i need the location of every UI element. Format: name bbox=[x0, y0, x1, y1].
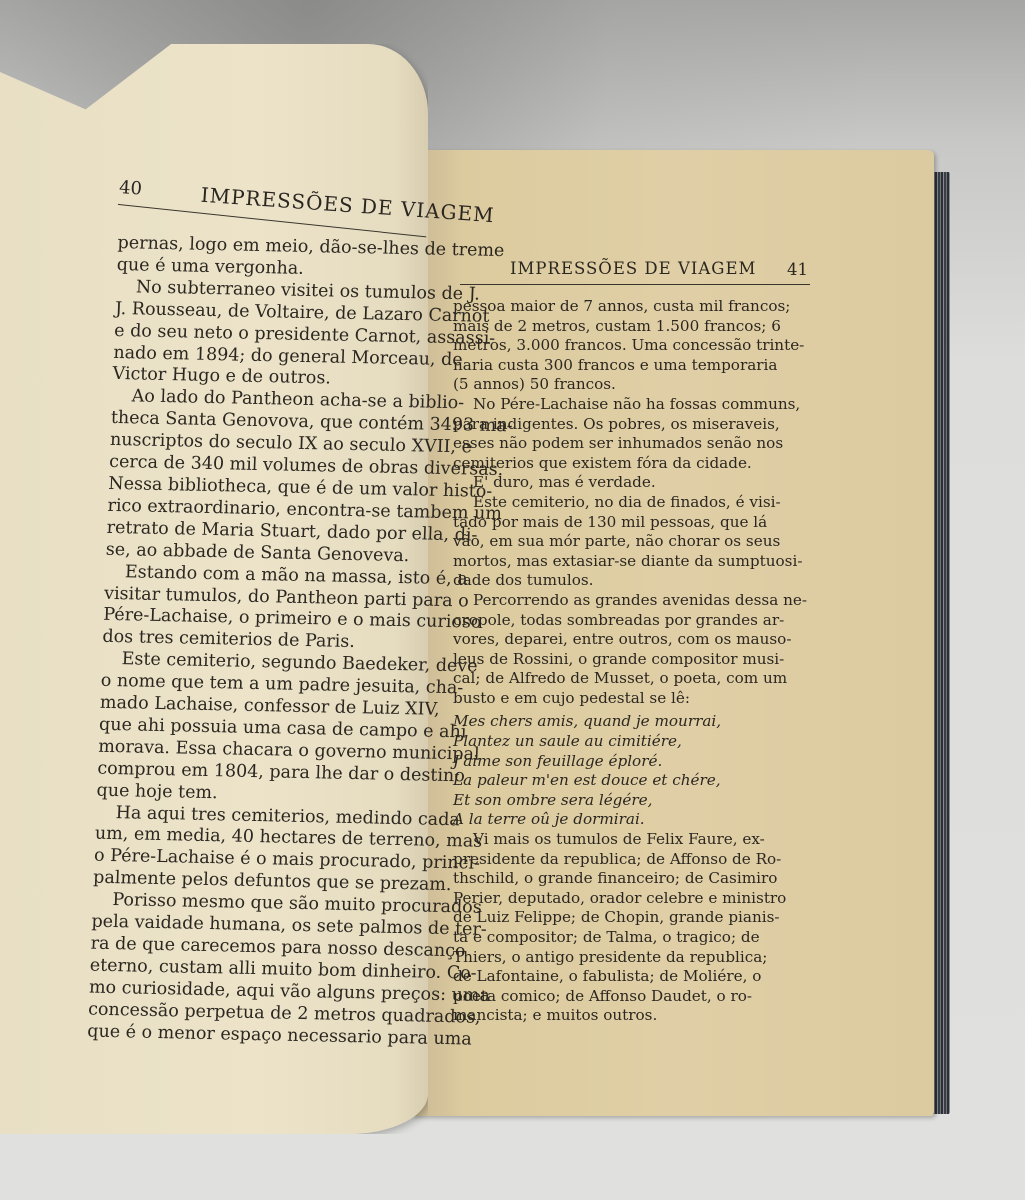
text-line: Vi mais os tumulos de Felix Faure, ex- bbox=[453, 830, 808, 850]
text-line: mancista; e muitos outros. bbox=[453, 1006, 808, 1026]
text-line: Thiers, o antigo presidente da republica… bbox=[453, 948, 808, 968]
text-line: cropole, todas sombreadas por grandes ar… bbox=[453, 611, 808, 631]
text-line: (5 annos) 50 francos. bbox=[453, 375, 808, 395]
text-line: ta e compositor; de Talma, o tragico; de bbox=[453, 928, 808, 948]
header-rule-right bbox=[460, 284, 810, 285]
text-line: thschild, o grande financeiro; de Casimi… bbox=[453, 869, 808, 889]
text-line: de Luiz Felippe; de Chopin, grande piani… bbox=[453, 908, 808, 928]
right-running-head: IMPRESSÕES DE VIAGEM 41 bbox=[510, 255, 810, 285]
text-line: vão, em sua mór parte, não chorar os seu… bbox=[453, 532, 808, 552]
verse-line: A la terre oû je dormirai. bbox=[453, 810, 808, 830]
right-page-text: pessoa maior de 7 annos, custa mil franc… bbox=[453, 297, 808, 1026]
text-line: cal; de Alfredo de Musset, o poeta, com … bbox=[453, 669, 808, 689]
poem-verse: Mes chers amis, quand je mourrai, Plante… bbox=[453, 712, 808, 830]
text-line: mais de 2 metros, custam 1.500 francos; … bbox=[453, 317, 808, 337]
text-line: tado por mais de 130 mil pessoas, que lá bbox=[453, 513, 808, 533]
text-line: No Pére-Lachaise não ha fossas communs, bbox=[453, 395, 808, 415]
verse-line: La paleur m'en est douce et chére, bbox=[453, 771, 808, 791]
text-line: leus de Rossini, o grande compositor mus… bbox=[453, 650, 808, 670]
verse-line: Et son ombre sera légére, bbox=[453, 791, 808, 811]
running-title-right: IMPRESSÕES DE VIAGEM bbox=[510, 259, 756, 278]
text-line: mortos, mas extasiar-se diante da sumptu… bbox=[453, 552, 808, 572]
text-line: metros, 3.000 francos. Uma concessão tri… bbox=[453, 336, 808, 356]
text-line: esses não podem ser inhumados senão nos bbox=[453, 434, 808, 454]
text-line: cemiterios que existem fóra da cidade. bbox=[453, 454, 808, 474]
book-cover-edge bbox=[932, 172, 950, 1114]
left-page-text: pernas, logo em meio, dão-se-lhes de tre… bbox=[87, 233, 428, 1050]
text-line: Percorrendo as grandes avenidas dessa ne… bbox=[453, 591, 808, 611]
text-line: busto e em cujo pedestal se lê: bbox=[453, 689, 808, 709]
verse-line: Mes chers amis, quand je mourrai, bbox=[453, 712, 808, 732]
text-line: de Lafontaine, o fabulista; de Moliére, … bbox=[453, 967, 808, 987]
verse-line: Plantez un saule au cimitiére, bbox=[453, 732, 808, 752]
text-line: dade dos tumulos. bbox=[453, 571, 808, 591]
page-number-right: 41 bbox=[787, 260, 808, 279]
text-line: vores, deparei, entre outros, com os mau… bbox=[453, 630, 808, 650]
text-line: presidente da republica; de Affonso de R… bbox=[453, 850, 808, 870]
verse-line: J'aime son feuillage éploré. bbox=[453, 752, 808, 772]
page-number-left: 40 bbox=[118, 177, 142, 200]
text-line: Este cemiterio, no dia de finados, é vis… bbox=[453, 493, 808, 513]
text-line: Perier, deputado, orador celebre e minis… bbox=[453, 889, 808, 909]
text-line: poeta comico; de Affonso Daudet, o ro- bbox=[453, 987, 808, 1007]
text-line: pessoa maior de 7 annos, custa mil franc… bbox=[453, 297, 808, 317]
text-line: naria custa 300 francos e uma temporaria bbox=[453, 356, 808, 376]
text-line: E' duro, mas é verdade. bbox=[453, 473, 808, 493]
